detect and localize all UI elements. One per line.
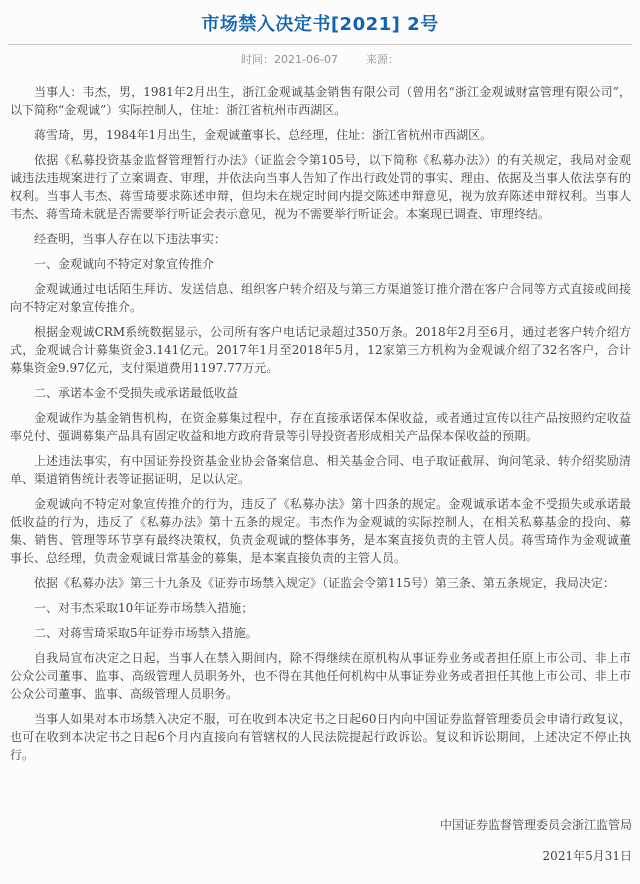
meta-line: 时间：2021-06-07来源： xyxy=(0,45,640,67)
signature-block: 中国证券监督管理委员会浙江监管局 2021年5月31日 xyxy=(0,816,640,864)
paragraph-crm-fund-data: 根据金观诚CRM系统数据显示，公司所有客户电话记录超过350万条。2018年2月… xyxy=(10,323,631,377)
paragraph-findings-intro: 经查明，当事人存在以下违法事实： xyxy=(10,230,631,248)
decision-item-2: 二、对蒋雪琦采取5年证券市场禁入措施。 xyxy=(10,624,631,642)
decision-item-1: 一、对韦杰采取10年证券市场禁入措施； xyxy=(10,599,631,617)
time-label: 时间： xyxy=(241,53,274,66)
section-heading-violation-1: 一、金观诚向不特定对象宣传推介 xyxy=(10,255,631,273)
paragraph-promotion-methods: 金观诚通过电话陌生拜访、发送信息、组织客户转介绍及与第三方渠道签订推介潜在客户合… xyxy=(10,280,631,316)
issuer-name: 中国证券监督管理委员会浙江监管局 xyxy=(0,816,632,833)
page-title: 市场禁入决定书[2021] 2号 xyxy=(0,8,640,44)
document-body: 当事人：韦杰，男，1981年2月出生，浙江金观诚基金销售有限公司（曾用名“浙江金… xyxy=(0,83,640,764)
time-value: 2021-06-07 xyxy=(274,53,338,66)
paragraph-evidence: 上述违法事实，有中国证券投资基金业协会备案信息、相关基金合同、电子取证截屏、询问… xyxy=(10,452,631,488)
section-heading-violation-2: 二、承诺本金不受损失或承诺最低收益 xyxy=(10,384,631,402)
source-label: 来源： xyxy=(366,53,399,66)
paragraph-appeal-rights: 当事人如果对本市场禁入决定不服，可在收到本决定书之日起60日内向中国证券监督管理… xyxy=(10,710,631,764)
issue-date: 2021年5月31日 xyxy=(0,847,632,864)
paragraph-case-procedure: 依据《私募投资基金监督管理暂行办法》（证监会令第105号，以下简称《私募办法》）… xyxy=(10,151,631,223)
paragraph-ban-scope: 自我局宣布决定之日起，当事人在禁入期间内，除不得继续在原机构从事证券业务或者担任… xyxy=(10,649,631,703)
paragraph-party-weijie: 当事人：韦杰，男，1981年2月出生，浙江金观诚基金销售有限公司（曾用名“浙江金… xyxy=(10,83,631,119)
paragraph-decision-basis: 依据《私募办法》第三十九条及《证券市场禁入规定》（证监会令第115号）第三条、第… xyxy=(10,574,631,592)
paragraph-violation-analysis: 金观诚向不特定对象宣传推介的行为，违反了《私募办法》第十四条的规定。金观诚承诺本… xyxy=(10,495,631,567)
paragraph-party-jiangxueqi: 蒋雪琦，男，1984年1月出生，金观诚董事长、总经理，住址：浙江省杭州市西湖区。 xyxy=(10,126,631,144)
decision-document: 市场禁入决定书[2021] 2号 时间：2021-06-07来源： 当事人：韦杰… xyxy=(0,0,640,884)
paragraph-guarantee-promises: 金观诚作为基金销售机构，在资金募集过程中，存在直接承诺保本保收益，或者通过宣传以… xyxy=(10,409,631,445)
